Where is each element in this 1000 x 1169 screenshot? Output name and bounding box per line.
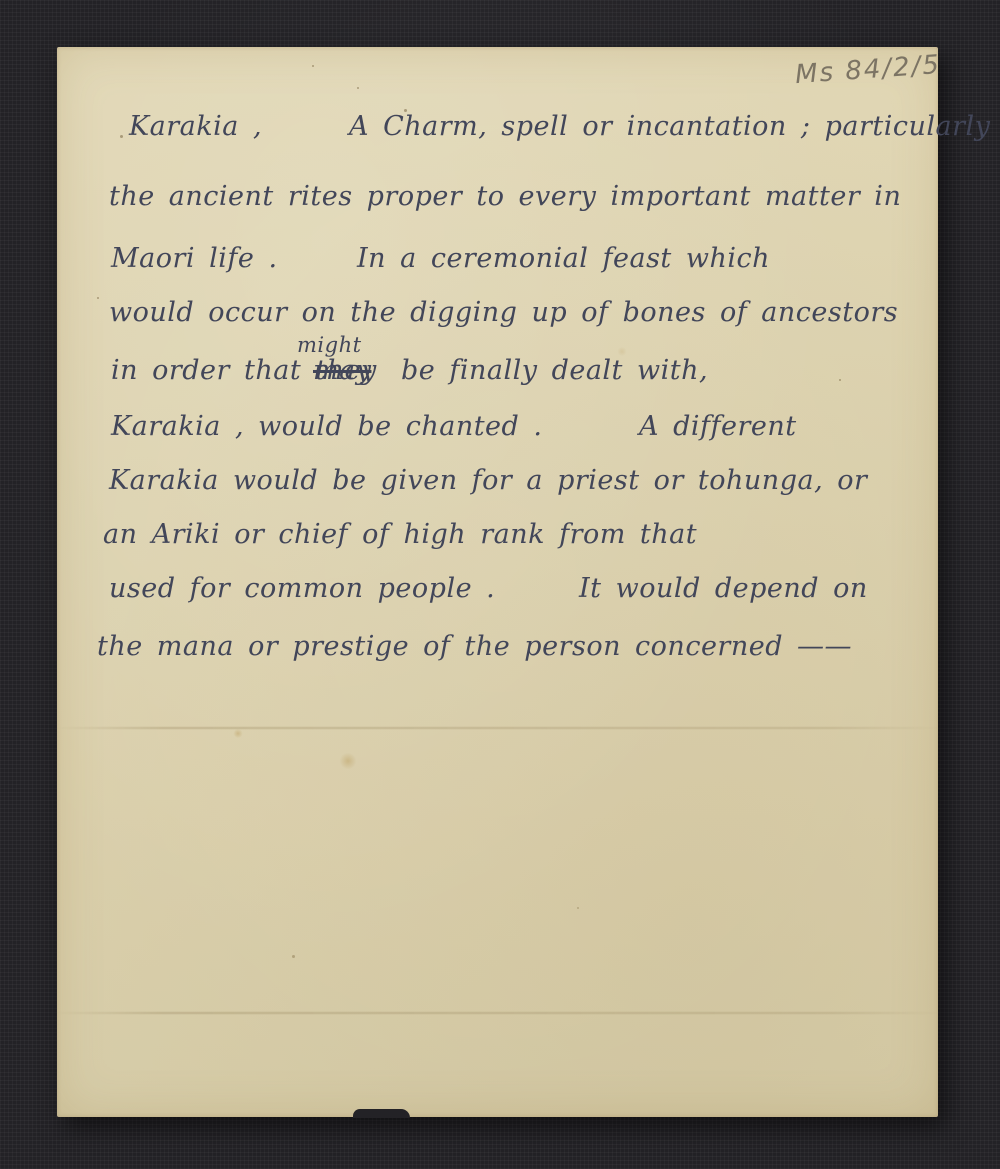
paper-edge-notch xyxy=(353,1109,410,1118)
foxing-speck xyxy=(357,87,359,89)
manuscript-line: Karakia ,A Charm, spell or incantation ;… xyxy=(57,111,938,157)
foxing-speck xyxy=(404,109,407,112)
manuscript-line: in order that theymaymightbe finally dea… xyxy=(57,355,938,401)
foxing-speck xyxy=(97,297,99,299)
handwriting-segment: an Ariki or chief of high rank from that xyxy=(103,519,697,550)
paper-stain xyxy=(233,729,243,738)
manuscript-line: the ancient rites proper to every import… xyxy=(57,181,938,227)
paper-stain xyxy=(617,347,627,356)
foxing-speck xyxy=(577,907,579,909)
handwriting-segment: be finally dealt with, xyxy=(401,355,708,386)
photo-background: { "manuscript": { "catalog_number": "Ms … xyxy=(0,0,1000,1169)
paper-stain xyxy=(339,753,357,769)
manuscript-line: used for common people .It would depend … xyxy=(57,573,938,619)
handwriting-segment: A different xyxy=(639,411,797,442)
fold-crease-lower xyxy=(57,1012,938,1014)
manuscript-text: Karakia ,A Charm, spell or incantation ;… xyxy=(57,47,938,1117)
handwriting-segment: In a ceremonial feast which xyxy=(357,243,770,274)
handwriting-segment: Karakia would be given for a priest or t… xyxy=(109,465,867,496)
manuscript-line: the mana or prestige of the person conce… xyxy=(57,631,938,677)
manuscript-line: Maori life .In a ceremonial feast which xyxy=(57,243,938,289)
fold-crease-upper xyxy=(57,727,938,729)
manuscript-line: an Ariki or chief of high rank from that xyxy=(57,519,938,565)
handwriting-segment: Maori life . xyxy=(111,243,278,274)
handwriting-segment: the mana or prestige of the person conce… xyxy=(97,631,852,662)
manuscript-page: Ms 84/2/5 Karakia ,A Charm, spell or inc… xyxy=(57,47,938,1117)
handwriting-segment: Karakia , would be chanted . xyxy=(111,411,543,442)
manuscript-line: Karakia , would be chanted .A different xyxy=(57,411,938,457)
handwriting-segment: It would depend on xyxy=(579,573,868,604)
foxing-speck xyxy=(312,65,314,67)
foxing-speck xyxy=(292,955,295,958)
handwriting-segment: would occur on the digging up of bones o… xyxy=(109,297,898,328)
handwriting-segment: Karakia , xyxy=(129,111,262,142)
inserted-word: might xyxy=(297,333,362,357)
handwriting-segment: A Charm, spell or incantation ; particul… xyxy=(349,111,990,142)
handwriting-segment: the ancient rites proper to every import… xyxy=(109,181,901,212)
manuscript-line: Karakia would be given for a priest or t… xyxy=(57,465,938,511)
handwriting-segment: used for common people . xyxy=(109,573,495,604)
foxing-speck xyxy=(120,135,123,138)
struck-word: may xyxy=(313,355,371,386)
manuscript-line: would occur on the digging up of bones o… xyxy=(57,297,938,343)
foxing-speck xyxy=(839,379,841,381)
